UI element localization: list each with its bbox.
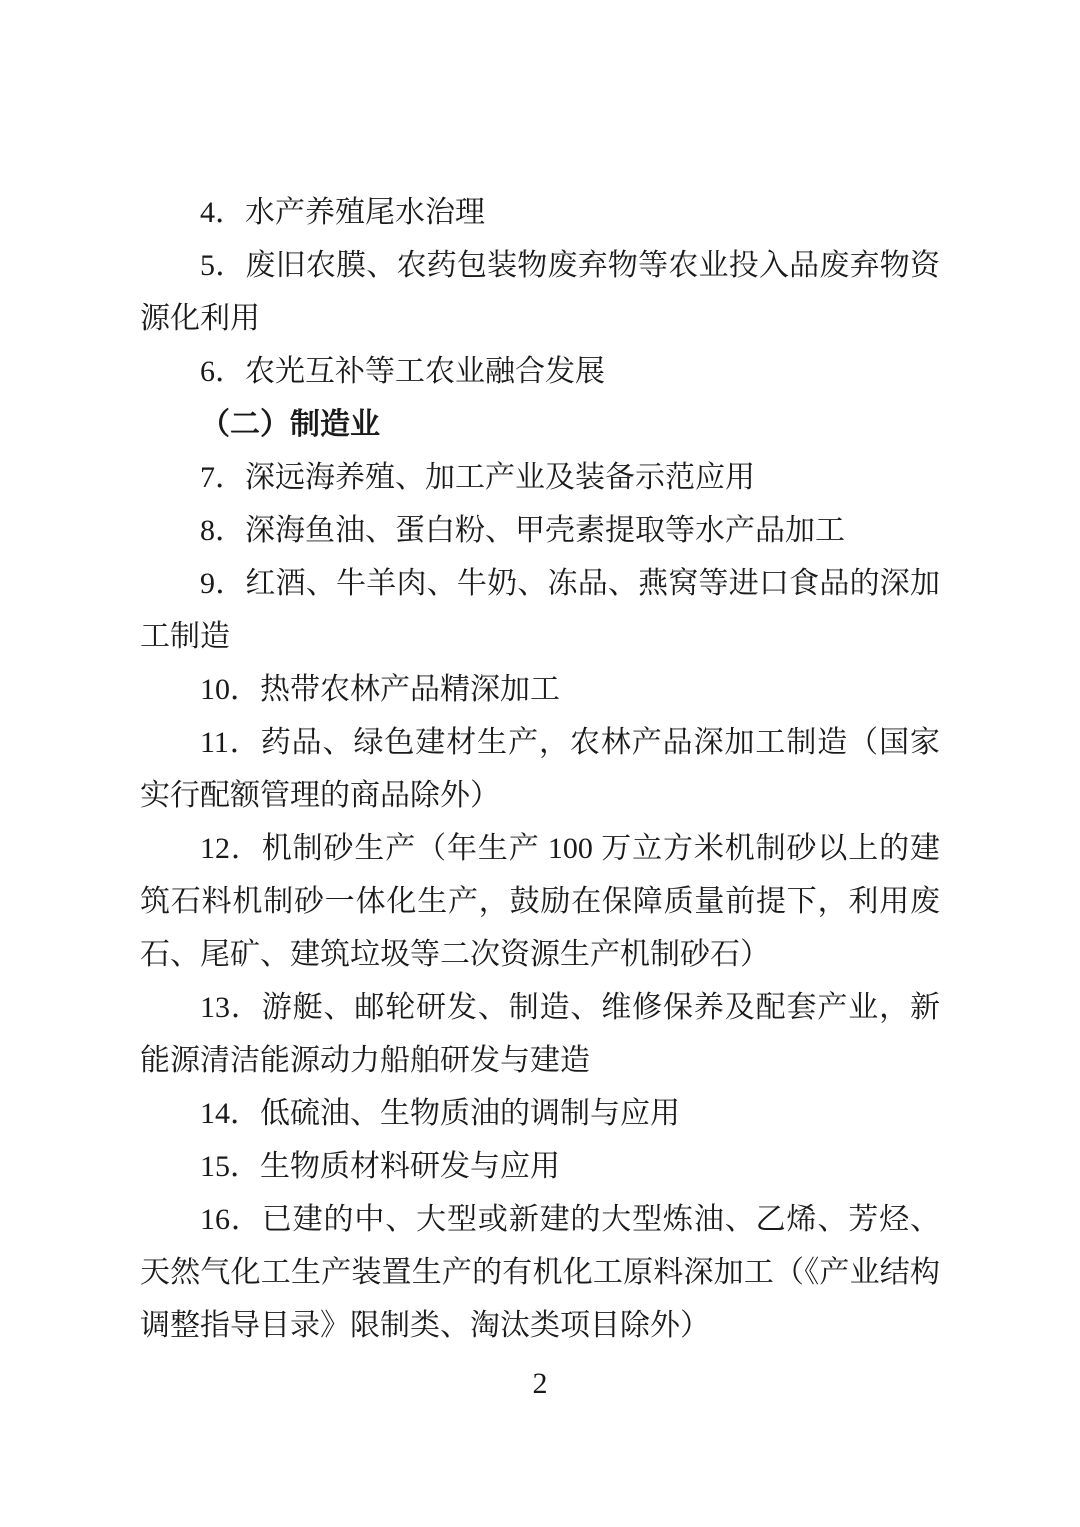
- document-page: 4．水产养殖尾水治理 5．废旧农膜、农药包装物废弃物等农业投入品废弃物资源化利用…: [0, 0, 1080, 1527]
- list-item-14: 14．低硫油、生物质油的调制与应用: [140, 1087, 940, 1140]
- document-body: 4．水产养殖尾水治理 5．废旧农膜、农药包装物废弃物等农业投入品废弃物资源化利用…: [140, 186, 940, 1352]
- list-item-8: 8．深海鱼油、蛋白粉、甲壳素提取等水产品加工: [140, 504, 940, 557]
- list-item-7: 7．深远海养殖、加工产业及装备示范应用: [140, 451, 940, 504]
- list-item-5: 5．废旧农膜、农药包装物废弃物等农业投入品废弃物资源化利用: [140, 239, 940, 345]
- list-item-11: 11．药品、绿色建材生产，农林产品深加工制造（国家实行配额管理的商品除外）: [140, 716, 940, 822]
- list-item-16: 16．已建的中、大型或新建的大型炼油、乙烯、芳烃、天然气化工生产装置生产的有机化…: [140, 1193, 940, 1352]
- list-item-6: 6．农光互补等工农业融合发展: [140, 345, 940, 398]
- list-item-12: 12．机制砂生产（年生产 100 万立方米机制砂以上的建筑石料机制砂一体化生产，…: [140, 822, 940, 981]
- list-item-15: 15．生物质材料研发与应用: [140, 1140, 940, 1193]
- list-item-9: 9．红酒、牛羊肉、牛奶、冻品、燕窝等进口食品的深加工制造: [140, 557, 940, 663]
- list-item-4: 4．水产养殖尾水治理: [140, 186, 940, 239]
- list-item-10: 10．热带农林产品精深加工: [140, 663, 940, 716]
- list-item-13: 13．游艇、邮轮研发、制造、维修保养及配套产业，新能源清洁能源动力船舶研发与建造: [140, 981, 940, 1087]
- page-number: 2: [533, 1367, 548, 1400]
- page-footer: 2: [0, 1368, 1080, 1400]
- section-heading-manufacturing: （二）制造业: [140, 398, 940, 451]
